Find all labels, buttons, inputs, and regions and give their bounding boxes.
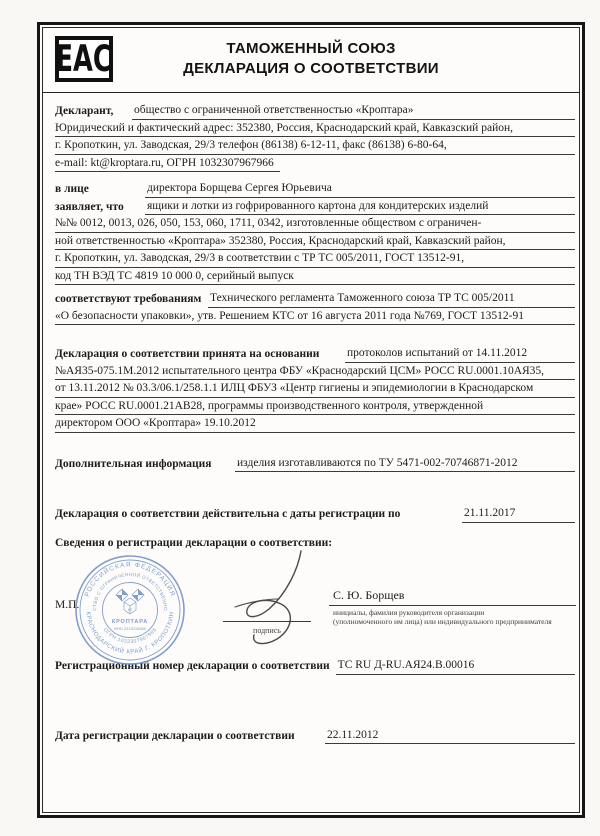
registration-date-row: Дата регистрации декларации о соответств… — [55, 727, 575, 745]
stamp-inn: ИНН 2313018580 — [114, 626, 147, 631]
validity-label: Декларация о соответствии действительна … — [55, 506, 462, 523]
declaration-line: ной ответственностью «Кроптара» 352380, … — [55, 233, 575, 251]
declarant-value: общество с ограниченной ответственностью… — [132, 102, 575, 120]
mp-label: М.П. — [55, 597, 79, 614]
additional-info-label: Дополнительная информация — [55, 456, 235, 473]
signature-area: М.П. РОССИЙСКАЯ ФЕДЕРАЦИЯ — [55, 551, 575, 655]
basis-line: директором ООО «Кроптара» 19.10.2012 — [55, 415, 575, 433]
signatory-name: С. Ю. Борщев — [329, 587, 576, 606]
representative-label: в лице — [55, 181, 145, 198]
declaration-value: ящики и лотки из гофрированного картона … — [145, 198, 575, 216]
signature-line — [223, 621, 311, 622]
stamp-ring-outer-top: РОССИЙСКАЯ ФЕДЕРАЦИЯ — [84, 561, 177, 597]
title-line-2: ДЕКЛАРАЦИЯ О СООТВЕТСТВИИ — [43, 59, 579, 79]
signatory-block: С. Ю. Борщев инициалы, фамилия руководит… — [329, 587, 576, 627]
representative-row: в лице директора Борщева Сергея Юрьевича — [55, 180, 575, 198]
validity-value: 21.11.2017 — [462, 505, 575, 523]
registration-date-value: 22.11.2012 — [325, 727, 575, 745]
stamp-ring-inner-bottom: ОГРН 1032307967966 — [102, 627, 159, 645]
registration-date-label: Дата регистрации декларации о соответств… — [55, 728, 325, 745]
document-title: ТАМОЖЕННЫЙ СОЮЗ ДЕКЛАРАЦИЯ О СООТВЕТСТВИ… — [43, 39, 579, 79]
requirements-row: соответствуют требованиям Технического р… — [55, 290, 575, 308]
registration-number-label: Регистрационный номер декларации о соотв… — [55, 658, 336, 675]
declaration-row: заявляет, что ящики и лотки из гофрирова… — [55, 198, 575, 216]
signature-caption: подпись — [223, 623, 311, 640]
declarant-contact-line: e-mail: kt@kroptara.ru, ОГРН 10323079679… — [55, 155, 280, 173]
basis-value: протоколов испытаний от 14.11.2012 — [345, 345, 575, 363]
stamp-cubes-logo — [116, 589, 144, 614]
registration-number-row: Регистрационный номер декларации о соотв… — [55, 657, 575, 675]
declarant-address-line-2: г. Кропоткин, ул. Заводская, 29/3 телефо… — [55, 137, 575, 155]
declaration-line: код ТН ВЭД ТС 4819 10 000 0, серийный вы… — [55, 268, 575, 286]
declarant-label: Декларант, — [55, 103, 132, 120]
basis-line: крае» РОСС RU.0001.21АВ28, программы про… — [55, 398, 575, 416]
basis-row: Декларация о соответствии принята на осн… — [55, 345, 575, 363]
document-page: EAC ТАМОЖЕННЫЙ СОЮЗ ДЕКЛАРАЦИЯ О СООТВЕТ… — [0, 0, 600, 836]
declaration-label: заявляет, что — [55, 199, 145, 216]
registration-number-value: ТС RU Д-RU.АЯ24.В.00016 — [336, 657, 575, 675]
title-line-1: ТАМОЖЕННЫЙ СОЮЗ — [43, 39, 579, 59]
declaration-line: г. Кропоткин, ул. Заводская, 29/3 в соот… — [55, 250, 575, 268]
declarant-contact-row: e-mail: kt@kroptara.ru, ОГРН 10323079679… — [55, 155, 575, 173]
stamp-monogram: КТ — [128, 608, 133, 612]
declarant-address-line-1: Юридический и фактический адрес: 352380,… — [55, 120, 575, 138]
basis-line: от 13.11.2012 № 03.3/06.1/258.1.1 ИЛЦ ФБ… — [55, 380, 575, 398]
requirements-label: соответствуют требованиям — [55, 291, 208, 308]
declaration-line: №№ 0012, 0013, 026, 050, 153, 060, 1711,… — [55, 215, 575, 233]
document-header: EAC ТАМОЖЕННЫЙ СОЮЗ ДЕКЛАРАЦИЯ О СООТВЕТ… — [43, 28, 579, 93]
document-frame-inner: EAC ТАМОЖЕННЫЙ СОЮЗ ДЕКЛАРАЦИЯ О СООТВЕТ… — [42, 27, 580, 813]
signatory-caption: инициалы, фамилия руководителя организац… — [329, 608, 576, 627]
stamp-company-name: КРОПТАРА — [112, 619, 148, 625]
basis-label: Декларация о соответствии принята на осн… — [55, 346, 345, 363]
requirements-value: Технического регламента Таможенного союз… — [208, 290, 575, 308]
stamp-ring-inner-top: ОБЩЕСТВО С ОГРАНИЧЕННОЙ ОТВЕТСТВЕННОСТЬЮ — [92, 571, 168, 611]
document-body: Декларант, общество с ограниченной ответ… — [43, 93, 579, 744]
stamp-ring-outer-bottom: * КРАСНОДАРСКИЙ КРАЙ Г. КРОПОТКИН * — [84, 606, 175, 656]
validity-row: Декларация о соответствии действительна … — [55, 505, 575, 523]
additional-info-value: изделия изготавливаются по ТУ 5471-002-7… — [235, 455, 575, 473]
additional-info-row: Дополнительная информация изделия изгота… — [55, 455, 575, 473]
company-stamp: РОССИЙСКАЯ ФЕДЕРАЦИЯ * КРАСНОДАРСКИЙ КРА… — [73, 553, 187, 667]
representative-value: директора Борщева Сергея Юрьевича — [145, 180, 575, 198]
declarant-row: Декларант, общество с ограниченной ответ… — [55, 102, 575, 120]
basis-line: №АЯ35-075.1М.2012 испытательного центра … — [55, 363, 575, 381]
requirements-line: «О безопасности упаковки», утв. Решением… — [55, 308, 575, 326]
document-frame: EAC ТАМОЖЕННЫЙ СОЮЗ ДЕКЛАРАЦИЯ О СООТВЕТ… — [37, 22, 585, 818]
